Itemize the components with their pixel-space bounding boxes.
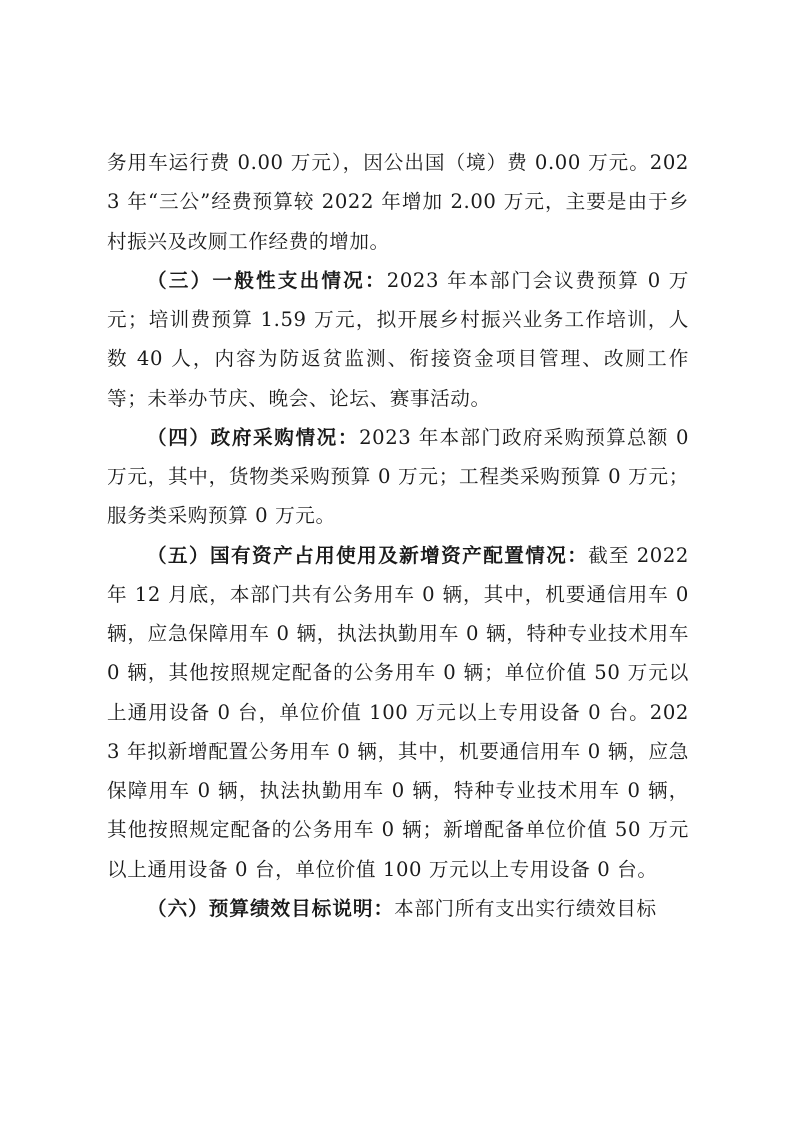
- paragraph-general-expenditure: （三）一般性支出情况：2023 年本部门会议费预算 0 万元；培训费预算 1.5…: [107, 261, 689, 418]
- paragraph-state-assets: （五）国有资产占用使用及新增资产配置情况：截至 2022 年 12 月底，本部门…: [107, 536, 689, 889]
- section-heading-government-procurement: （四）政府采购情况：: [147, 426, 359, 449]
- section-heading-general-expenditure: （三）一般性支出情况：: [147, 269, 387, 292]
- paragraph-three-public-funds-continued: 务用车运行费 0.00 万元），因公出国（境）费 0.00 万元。2023 年“…: [107, 143, 689, 261]
- paragraph-government-procurement: （四）政府采购情况：2023 年本部门政府采购预算总额 0 万元，其中，货物类采…: [107, 418, 689, 536]
- paragraph-performance-targets: （六）预算绩效目标说明：本部门所有支出实行绩效目标: [107, 889, 689, 928]
- section-heading-state-assets: （五）国有资产占用使用及新增资产配置情况：: [147, 544, 588, 567]
- section-heading-performance-targets: （六）预算绩效目标说明：: [147, 897, 394, 920]
- document-page: 务用车运行费 0.00 万元），因公出国（境）费 0.00 万元。2023 年“…: [107, 143, 689, 928]
- paragraph-text: 务用车运行费 0.00 万元），因公出国（境）费 0.00 万元。2023 年“…: [107, 151, 689, 253]
- paragraph-text: 本部门所有支出实行绩效目标: [394, 897, 657, 920]
- paragraph-text: 截至 2022 年 12 月底，本部门共有公务用车 0 辆，其中，机要通信用车 …: [107, 544, 689, 881]
